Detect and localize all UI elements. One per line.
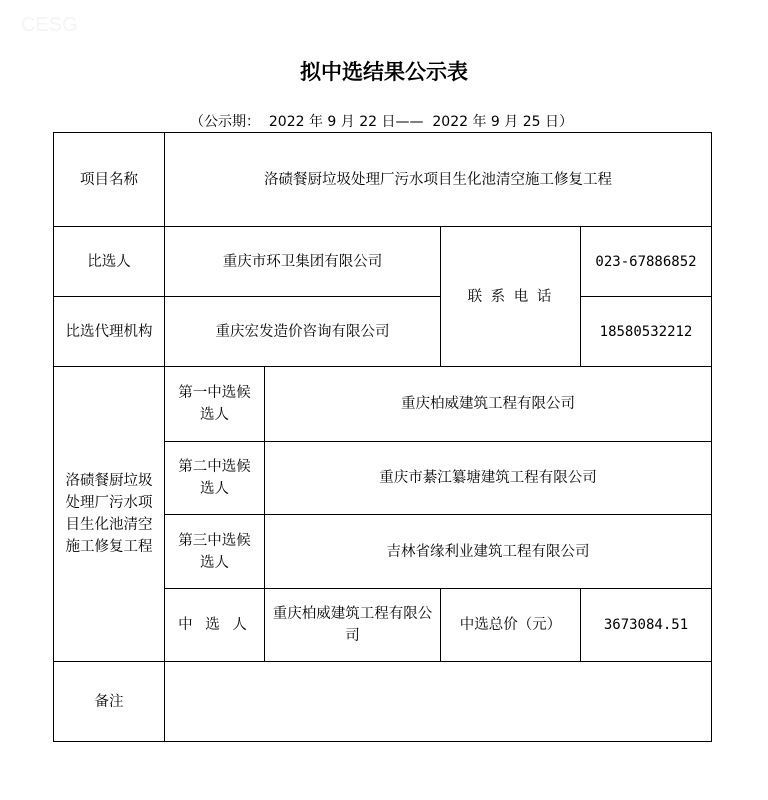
winner-label: 中 选 人 [165,589,265,662]
table-row: 项目名称 洛碛餐厨垃圾处理厂污水项目生化池清空施工修复工程 [54,133,712,227]
selector-phone: 023-67886852 [581,227,712,297]
winner-value: 重庆柏威建筑工程有限公司 [265,589,441,662]
agent-label: 比选代理机构 [54,297,165,367]
agent-value: 重庆宏发造价咨询有限公司 [165,297,441,367]
table-row: 比选人 重庆市环卫集团有限公司 联 系 电 话 023-67886852 [54,227,712,297]
candidate-rank-label: 第三中选候选人 [165,515,265,589]
remarks-label: 备注 [54,662,165,742]
candidate-company: 吉林省缘利业建筑工程有限公司 [265,515,712,589]
agent-phone: 18580532212 [581,297,712,367]
project-name-value: 洛碛餐厨垃圾处理厂污水项目生化池清空施工修复工程 [165,133,712,227]
publicity-period: （公示期： 2022 年 9 月 22 日—— 2022 年 9 月 25 日） [190,111,573,131]
table-row: 比选代理机构 重庆宏发造价咨询有限公司 18580532212 [54,297,712,367]
selector-label: 比选人 [54,227,165,297]
candidate-rank-label: 第二中选候选人 [165,442,265,515]
table-row: 洛碛餐厨垃圾处理厂污水项目生化池清空施工修复工程 第一中选候选人 重庆柏威建筑工… [54,367,712,442]
total-price-value: 3673084.51 [581,589,712,662]
contact-label: 联 系 电 话 [441,227,581,367]
page-title: 拟中选结果公示表 [0,56,768,86]
result-table: 项目名称 洛碛餐厨垃圾处理厂污水项目生化池清空施工修复工程 比选人 重庆市环卫集… [53,132,712,742]
table-row: 备注 [54,662,712,742]
section-label: 洛碛餐厨垃圾处理厂污水项目生化池清空施工修复工程 [54,367,165,662]
remarks-value [165,662,712,742]
watermark-logo: CESG [21,14,78,37]
total-price-label: 中选总价（元） [441,589,581,662]
candidate-company: 重庆市綦江纂塘建筑工程有限公司 [265,442,712,515]
selector-value: 重庆市环卫集团有限公司 [165,227,441,297]
candidate-company: 重庆柏威建筑工程有限公司 [265,367,712,442]
project-name-label: 项目名称 [54,133,165,227]
candidate-rank-label: 第一中选候选人 [165,367,265,442]
